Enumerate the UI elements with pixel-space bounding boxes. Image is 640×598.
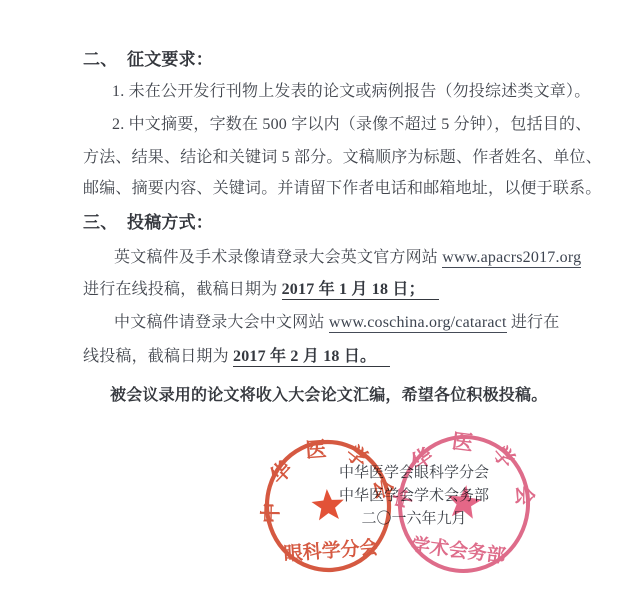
star-icon [311,488,345,521]
star-icon [445,483,483,520]
section-number: 二、 [83,45,127,70]
english-deadline-date: 2017 年 1 月 18 日； [282,281,439,300]
section-number: 三、 [83,208,127,233]
section-heading-2: 二、 征文要求： [83,45,213,70]
requirement-item-2-line3: 邮编、摘要内容、关键词。并请留下作者电话和邮箱地址，以便于联系。 [83,175,601,198]
closing-statement: 被会议录用的论文将收入大会论文汇编，希望各位积极投稿。 [110,382,547,405]
english-deadline-text: 进行在线投稿，截稿日期为 [83,281,282,298]
section-title: 征文要求： [127,45,213,70]
requirement-item-2-line2: 方法、结果、结论和关键词 5 部分。文稿顺序为标题、作者姓名、单位、 [83,144,602,167]
chinese-deadline-date: 2017 年 2 月 18 日。 [233,348,390,367]
document-page: 二、 征文要求： 1. 未在公开发行刊物上发表的论文或病例报告（勿投综述类文章）… [0,0,640,598]
english-site-link[interactable]: www.apacrs2017.org [442,249,581,268]
section-heading-3: 三、 投稿方式： [83,208,213,233]
chinese-deadline-text: 线投稿，截稿日期为 [83,348,233,365]
chinese-submission-text: 中文稿件请登录大会中文网站 [114,314,329,331]
chinese-site-link[interactable]: www.coschina.org/cataract [329,314,507,333]
seal-academic-affairs-dept: 中华医学会 学术会务部 [375,415,553,593]
english-submission-line1: 英文稿件及手术录像请登录大会英文官方网站 www.apacrs2017.org [114,244,581,267]
english-submission-text: 英文稿件及手术录像请登录大会英文官方网站 [114,249,442,266]
section-title: 投稿方式： [127,208,213,233]
chinese-submission-line2: 线投稿，截稿日期为 2017 年 2 月 18 日。 [83,343,390,366]
english-submission-line2: 进行在线投稿，截稿日期为 2017 年 1 月 18 日； [83,276,439,299]
requirement-item-1: 1. 未在公开发行刊物上发表的论文或病例报告（勿投综述类文章）。 [112,78,590,101]
seal-bottom-text: 学术会务部 [410,533,507,567]
chinese-submission-line1: 中文稿件请登录大会中文网站 www.coschina.org/cataract … [114,309,559,332]
requirement-item-2-line1: 2. 中文摘要，字数在 500 字以内（录像不超过 5 分钟），包括目的、 [112,111,591,134]
chinese-submission-text-post: 进行在 [507,314,560,331]
seal-bottom-text: 眼科学分会 [283,536,379,566]
